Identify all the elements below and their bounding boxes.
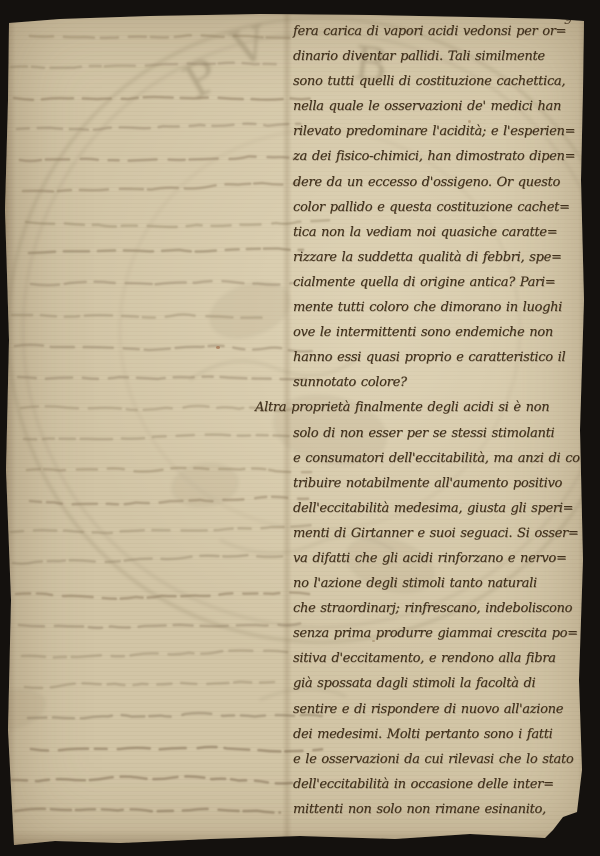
manuscript-line: dere da un eccesso d'ossigeno. Or questo — [293, 170, 591, 195]
manuscript-line: dell'eccitabilità medesima, giusta gli s… — [293, 496, 591, 521]
manuscript-line: ove le intermittenti sono endemiche non — [293, 320, 591, 345]
manuscript-line: solo di non esser per se stessi stimolan… — [293, 421, 591, 446]
manuscript-line: nella quale le osservazioni de' medici h… — [293, 94, 591, 119]
bleed-line — [29, 249, 303, 254]
manuscript-line: mittenti non solo non rimane esinanito, — [293, 797, 591, 822]
manuscript-page: PVB 111 9 fera carica di vapori acidi ve… — [0, 0, 600, 856]
manuscript-line: za dei fisico-chimici, han dimostrato di… — [293, 144, 591, 169]
manuscript-line: fera carica di vapori acidi vedonsi per … — [293, 19, 591, 44]
bleed-line — [30, 497, 308, 505]
manuscript-line: e consumatori dell'eccitabilità, ma anzi… — [293, 446, 591, 471]
manuscript-line: che straordinarj; rinfrescano, indebolis… — [293, 596, 591, 621]
bleed-line — [19, 623, 300, 627]
bleed-line — [14, 97, 315, 100]
foxing-speck — [372, 640, 375, 642]
manuscript-line: rizzare la suddetta qualità di febbri, s… — [293, 245, 591, 270]
stamp-letter: V — [224, 15, 273, 77]
bleed-line — [27, 468, 311, 472]
manuscript-line: sentire e di rispondere di nuovo all'azi… — [293, 697, 591, 722]
manuscript-line: color pallido e questa costituzione cach… — [293, 195, 591, 220]
bleed-line — [12, 776, 292, 783]
manuscript-line: dinario diventar pallidi. Tali similment… — [293, 44, 591, 69]
manuscript-line: no l'azione degli stimoli tanto naturali — [293, 571, 591, 596]
bleed-line — [13, 555, 282, 564]
bleed-line — [22, 650, 292, 657]
manuscript-line: tica non la vediam noi quasiche caratte= — [293, 220, 591, 245]
foxing-speck — [216, 346, 220, 349]
bleed-line — [31, 747, 322, 752]
manuscript-line: senza prima produrre giammai crescita po… — [293, 621, 591, 646]
manuscript-line: rilevato predominare l'acidità; e l'espe… — [293, 119, 591, 144]
pencil-mark: 111 — [65, 2, 88, 17]
bleed-line — [17, 124, 300, 130]
manuscript-line: e le osservazioni da cui rilevasi che lo… — [293, 747, 591, 772]
bleed-line — [23, 183, 300, 192]
manuscript-line: dei medesimi. Molti pertanto sono i fatt… — [293, 722, 591, 747]
manuscript-text: fera carica di vapori acidi vedonsi per … — [293, 19, 591, 822]
fold-crease — [282, 0, 292, 856]
manuscript-line: cialmente quella di origine antica? Pari… — [293, 270, 591, 295]
bleed-line — [18, 377, 319, 380]
manuscript-line: mente tutti coloro che dimorano in luogh… — [293, 295, 591, 320]
bleed-line — [30, 35, 298, 38]
manuscript-line: menti di Girtanner e suoi seguaci. Si os… — [293, 521, 591, 546]
manuscript-line: sono tutti quelli di costituzione cachet… — [293, 69, 591, 94]
bleed-line — [21, 406, 292, 411]
manuscript-line: tribuire notabilmente all'aumento positi… — [293, 471, 591, 496]
bleed-line — [28, 713, 323, 718]
bleed-line — [11, 525, 311, 533]
manuscript-line: sitiva d'eccitamento, e rendono alla fib… — [293, 646, 591, 671]
manuscript-line: sunnotato colore? — [293, 370, 591, 395]
bleed-line — [25, 682, 274, 688]
stamp-letter: P — [175, 47, 229, 109]
foxing-speck — [468, 120, 471, 123]
bleed-line — [15, 345, 320, 352]
bleed-line — [31, 281, 292, 285]
manuscript-line: va difatti che gli acidi rinforzano e ne… — [293, 546, 591, 571]
bleed-line — [16, 592, 309, 598]
manuscript-line: hanno essi quasi proprio e caratteristic… — [293, 345, 591, 370]
manuscript-line: Altra proprietà finalmente degli acidi s… — [255, 395, 591, 420]
bleed-line — [24, 435, 296, 440]
manuscript-line: dell'eccitabilità in occasione delle int… — [293, 772, 591, 797]
manuscript-line: già spossata dagli stimoli la facoltà di — [293, 671, 591, 696]
bleed-line — [15, 809, 280, 813]
